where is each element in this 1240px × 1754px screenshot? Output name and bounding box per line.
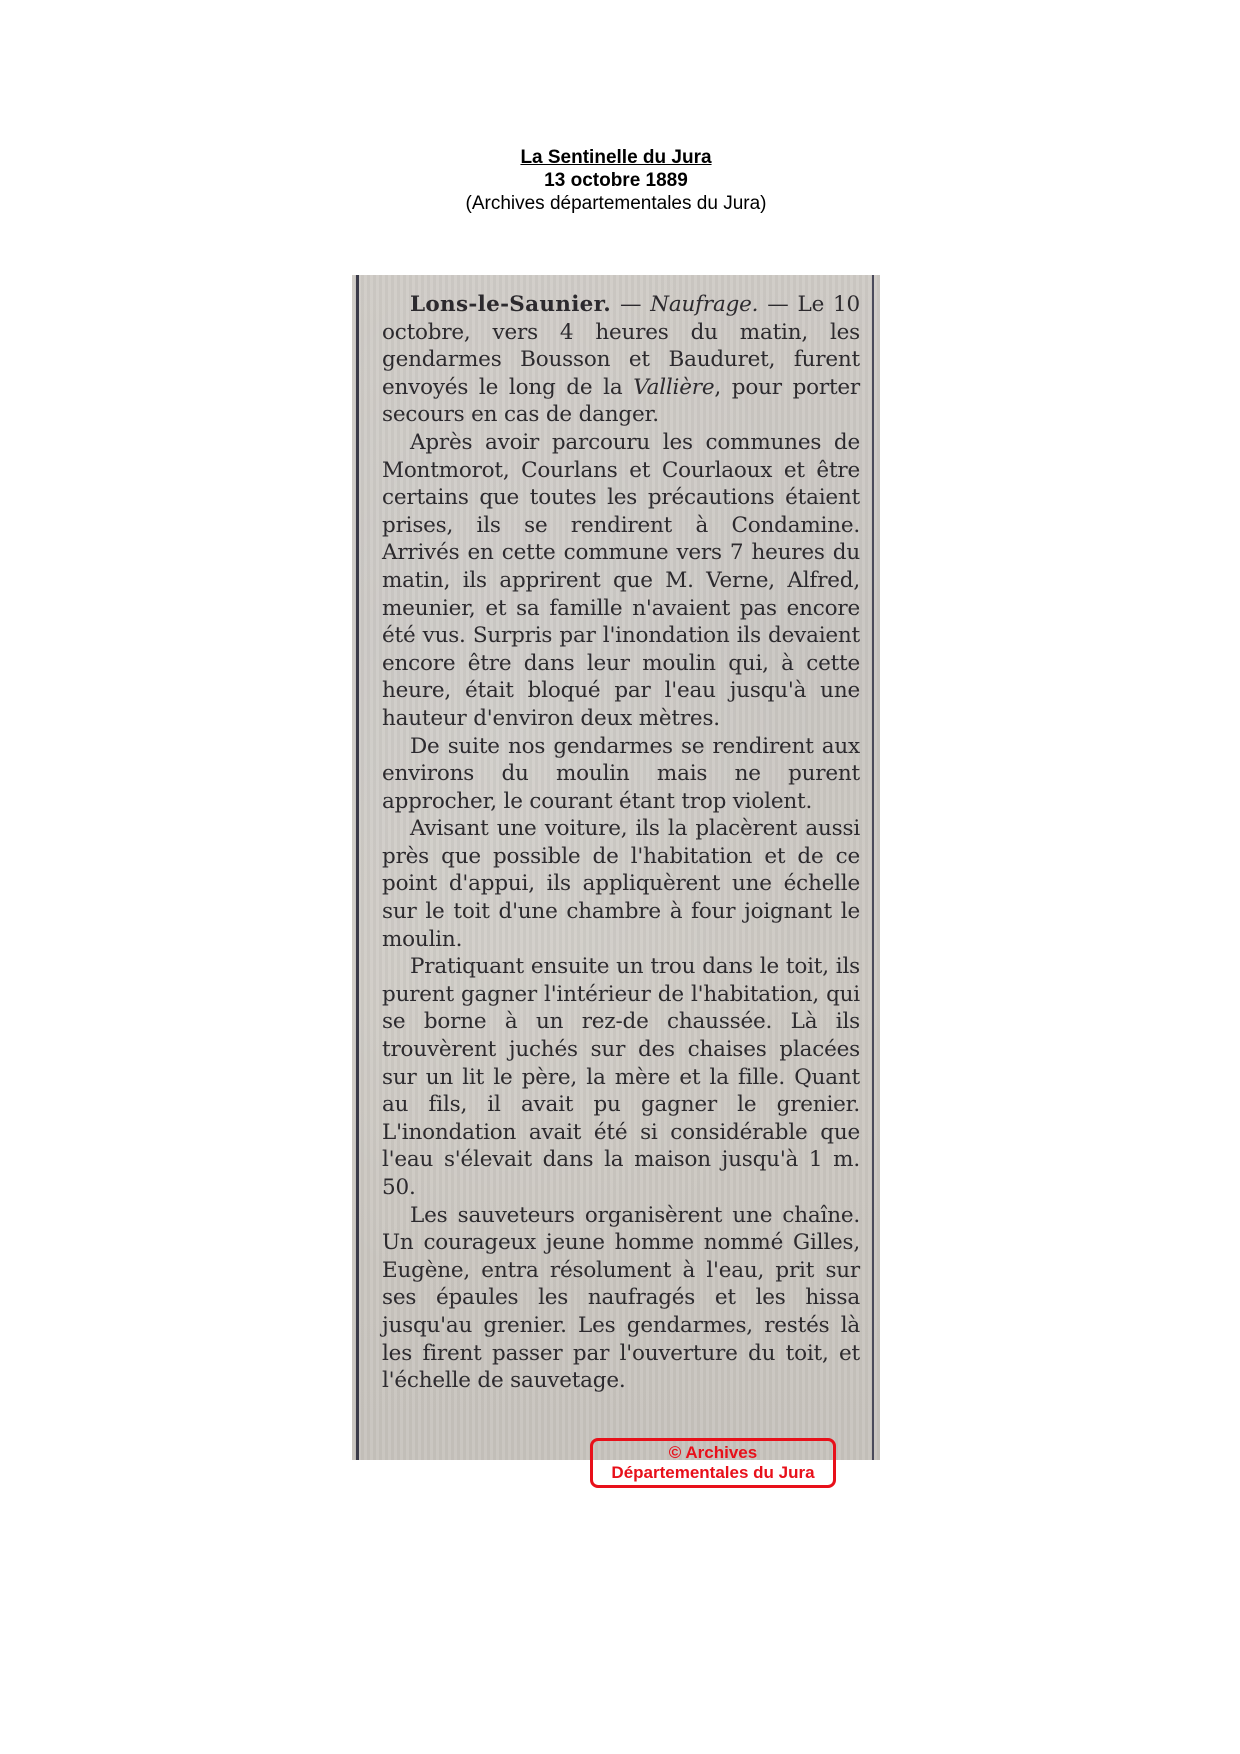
- heading-dash: —: [611, 292, 650, 317]
- copyright-stamp: © Archives Départementales du Jura: [590, 1438, 836, 1488]
- article-paragraph: Avisant une voiture, ils la placèrent au…: [382, 815, 860, 953]
- article-body: Lons-le-Saunier. — Naufrage. — Le 10 oct…: [382, 291, 860, 1395]
- source-credit: (Archives départementales du Jura): [0, 192, 1232, 215]
- article-paragraph: Après avoir parcouru les communes de Mon…: [382, 429, 860, 733]
- article-paragraph: De suite nos gendarmes se rendirent aux …: [382, 733, 860, 816]
- document-header: La Sentinelle du Jura 13 octobre 1889 (A…: [0, 146, 1232, 215]
- article-place-heading: Lons-le-Saunier.: [410, 292, 611, 317]
- article-paragraph: Les sauveteurs organisèrent une chaîne. …: [382, 1202, 860, 1395]
- newspaper-title: La Sentinelle du Jura: [0, 146, 1232, 169]
- column-rule-left: [356, 275, 359, 1460]
- river-name: Vallière: [633, 375, 714, 400]
- article-lead-paragraph: Lons-le-Saunier. — Naufrage. — Le 10 oct…: [382, 291, 860, 429]
- publication-date: 13 octobre 1889: [0, 169, 1232, 192]
- newspaper-clipping: Lons-le-Saunier. — Naufrage. — Le 10 oct…: [352, 275, 880, 1460]
- stamp-line-2: Départementales du Jura: [593, 1463, 833, 1483]
- article-rubric: Naufrage.: [650, 292, 758, 317]
- column-rule-right: [872, 275, 874, 1460]
- stamp-line-1: © Archives: [593, 1443, 833, 1463]
- article-paragraph: Pratiquant ensuite un trou dans le toit,…: [382, 953, 860, 1201]
